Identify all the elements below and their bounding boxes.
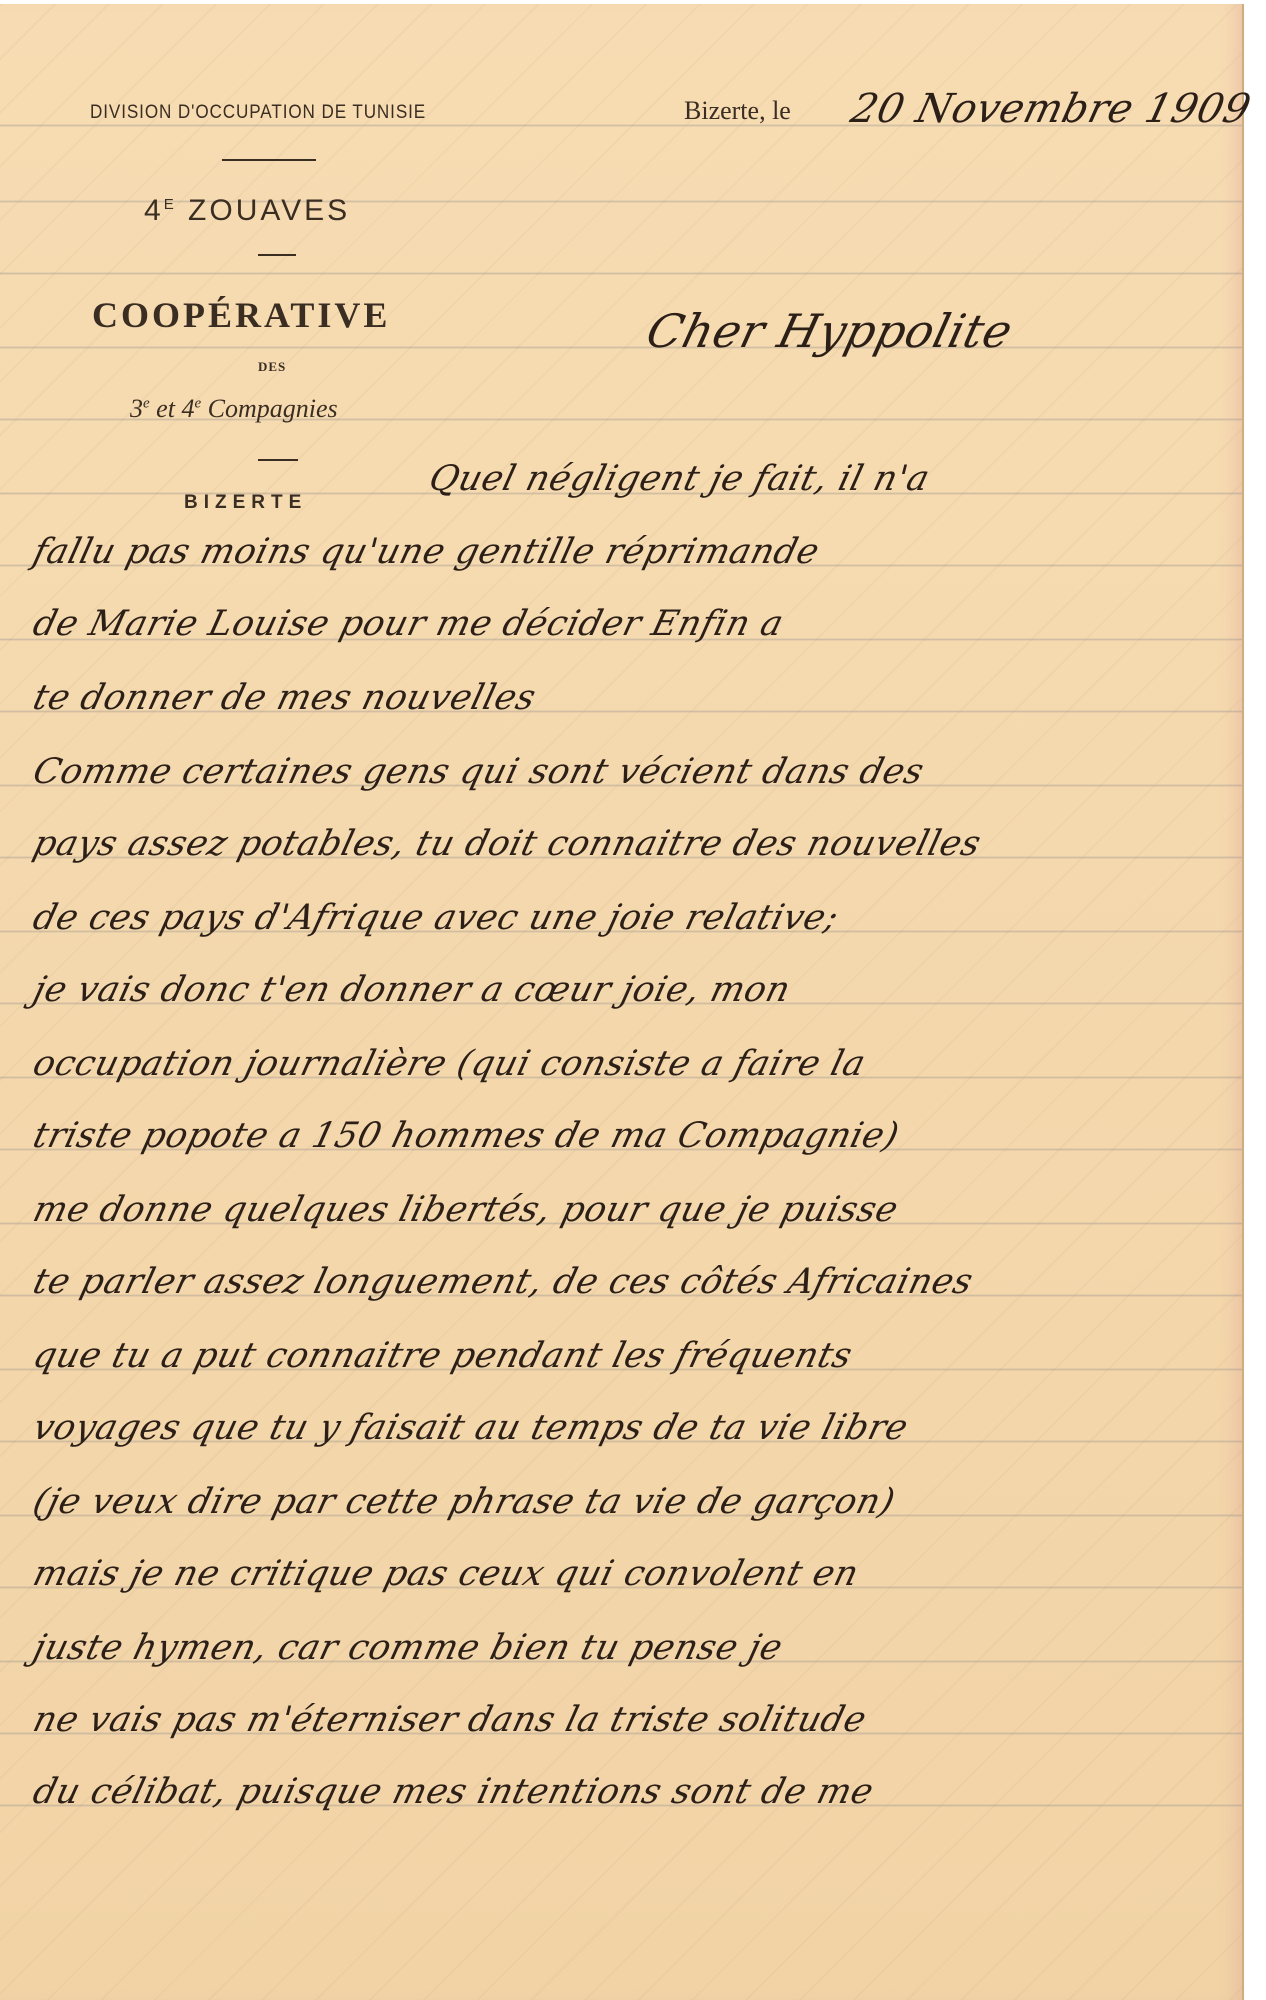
- letter-line-19: du célibat, puisque mes intentions sont …: [29, 1772, 878, 1812]
- letter-line-17: juste hymen, car comme bien tu pense je: [29, 1628, 787, 1668]
- letterhead-divider: [258, 459, 298, 461]
- place-label: Bizerte, le: [684, 96, 791, 126]
- letter-line-12: te parler assez longuement, de ces côtés…: [29, 1262, 977, 1302]
- letter-line-16: mais je ne critique pas ceux qui convole…: [29, 1554, 863, 1594]
- letter-line-4: te donner de mes nouvelles: [29, 678, 540, 718]
- letter-line-14: voyages que tu y faisait au temps de ta …: [29, 1408, 912, 1448]
- letterhead-divider: [222, 159, 316, 161]
- letter-line-1: Quel négligent je fait, il n'a: [425, 459, 934, 499]
- letter-line-13: que tu a put connaitre pendant les fréqu…: [29, 1336, 856, 1376]
- ruled-line: [0, 272, 1242, 275]
- handwritten-date: 20 Novembre 1909: [846, 86, 1255, 132]
- letterhead-organization: COOPÉRATIVE: [92, 294, 390, 336]
- company-number-4: 4: [181, 394, 194, 423]
- letter-line-9: occupation journalière (qui consiste a f…: [29, 1044, 870, 1084]
- letter-line-10: triste popote a 150 hommes de ma Compagn…: [29, 1116, 903, 1156]
- letterhead-connector: DES: [258, 359, 286, 375]
- letter-line-8: je vais donc t'en donner a cœur joie, mo…: [29, 970, 795, 1010]
- letterhead-city: BIZERTE: [184, 492, 307, 514]
- company-suffix-3: e: [143, 395, 150, 411]
- letter-line-7: de ces pays d'Afrique avec une joie rela…: [29, 898, 843, 938]
- salutation: Cher Hyppolite: [641, 304, 1018, 358]
- companies-et: et: [150, 394, 182, 423]
- letterhead-divider: [258, 254, 296, 256]
- letter-line-11: me donne quelques libertés, pour que je …: [29, 1190, 902, 1230]
- regiment-name: ZOUAVES: [188, 194, 350, 227]
- companies-label: Compagnies: [201, 394, 338, 423]
- letter-line-3: de Marie Louise pour me décider Enfin a: [29, 604, 788, 644]
- letter-line-5: Comme certaines gens qui sont vécient da…: [29, 752, 928, 792]
- letterhead-companies: 3e et 4e Compagnies: [130, 394, 338, 424]
- letter-line-2: fallu pas moins qu'une gentille répriman…: [29, 532, 823, 572]
- regiment-number: 4: [144, 194, 164, 227]
- ruled-line: [0, 346, 1242, 349]
- letter-line-6: pays assez potables, tu doit connaitre d…: [29, 824, 985, 864]
- letter-page: DIVISION D'OCCUPATION DE TUNISIE 4E ZOUA…: [0, 4, 1244, 2000]
- letter-line-18: ne vais pas m'éterniser dans la triste s…: [29, 1700, 871, 1740]
- letterhead-regiment: 4E ZOUAVES: [144, 194, 350, 228]
- letter-line-15: (je veux dire par cette phrase ta vie de…: [29, 1482, 899, 1522]
- regiment-suffix: E: [164, 196, 177, 213]
- letterhead-division: DIVISION D'OCCUPATION DE TUNISIE: [90, 102, 426, 124]
- company-number-3: 3: [130, 394, 143, 423]
